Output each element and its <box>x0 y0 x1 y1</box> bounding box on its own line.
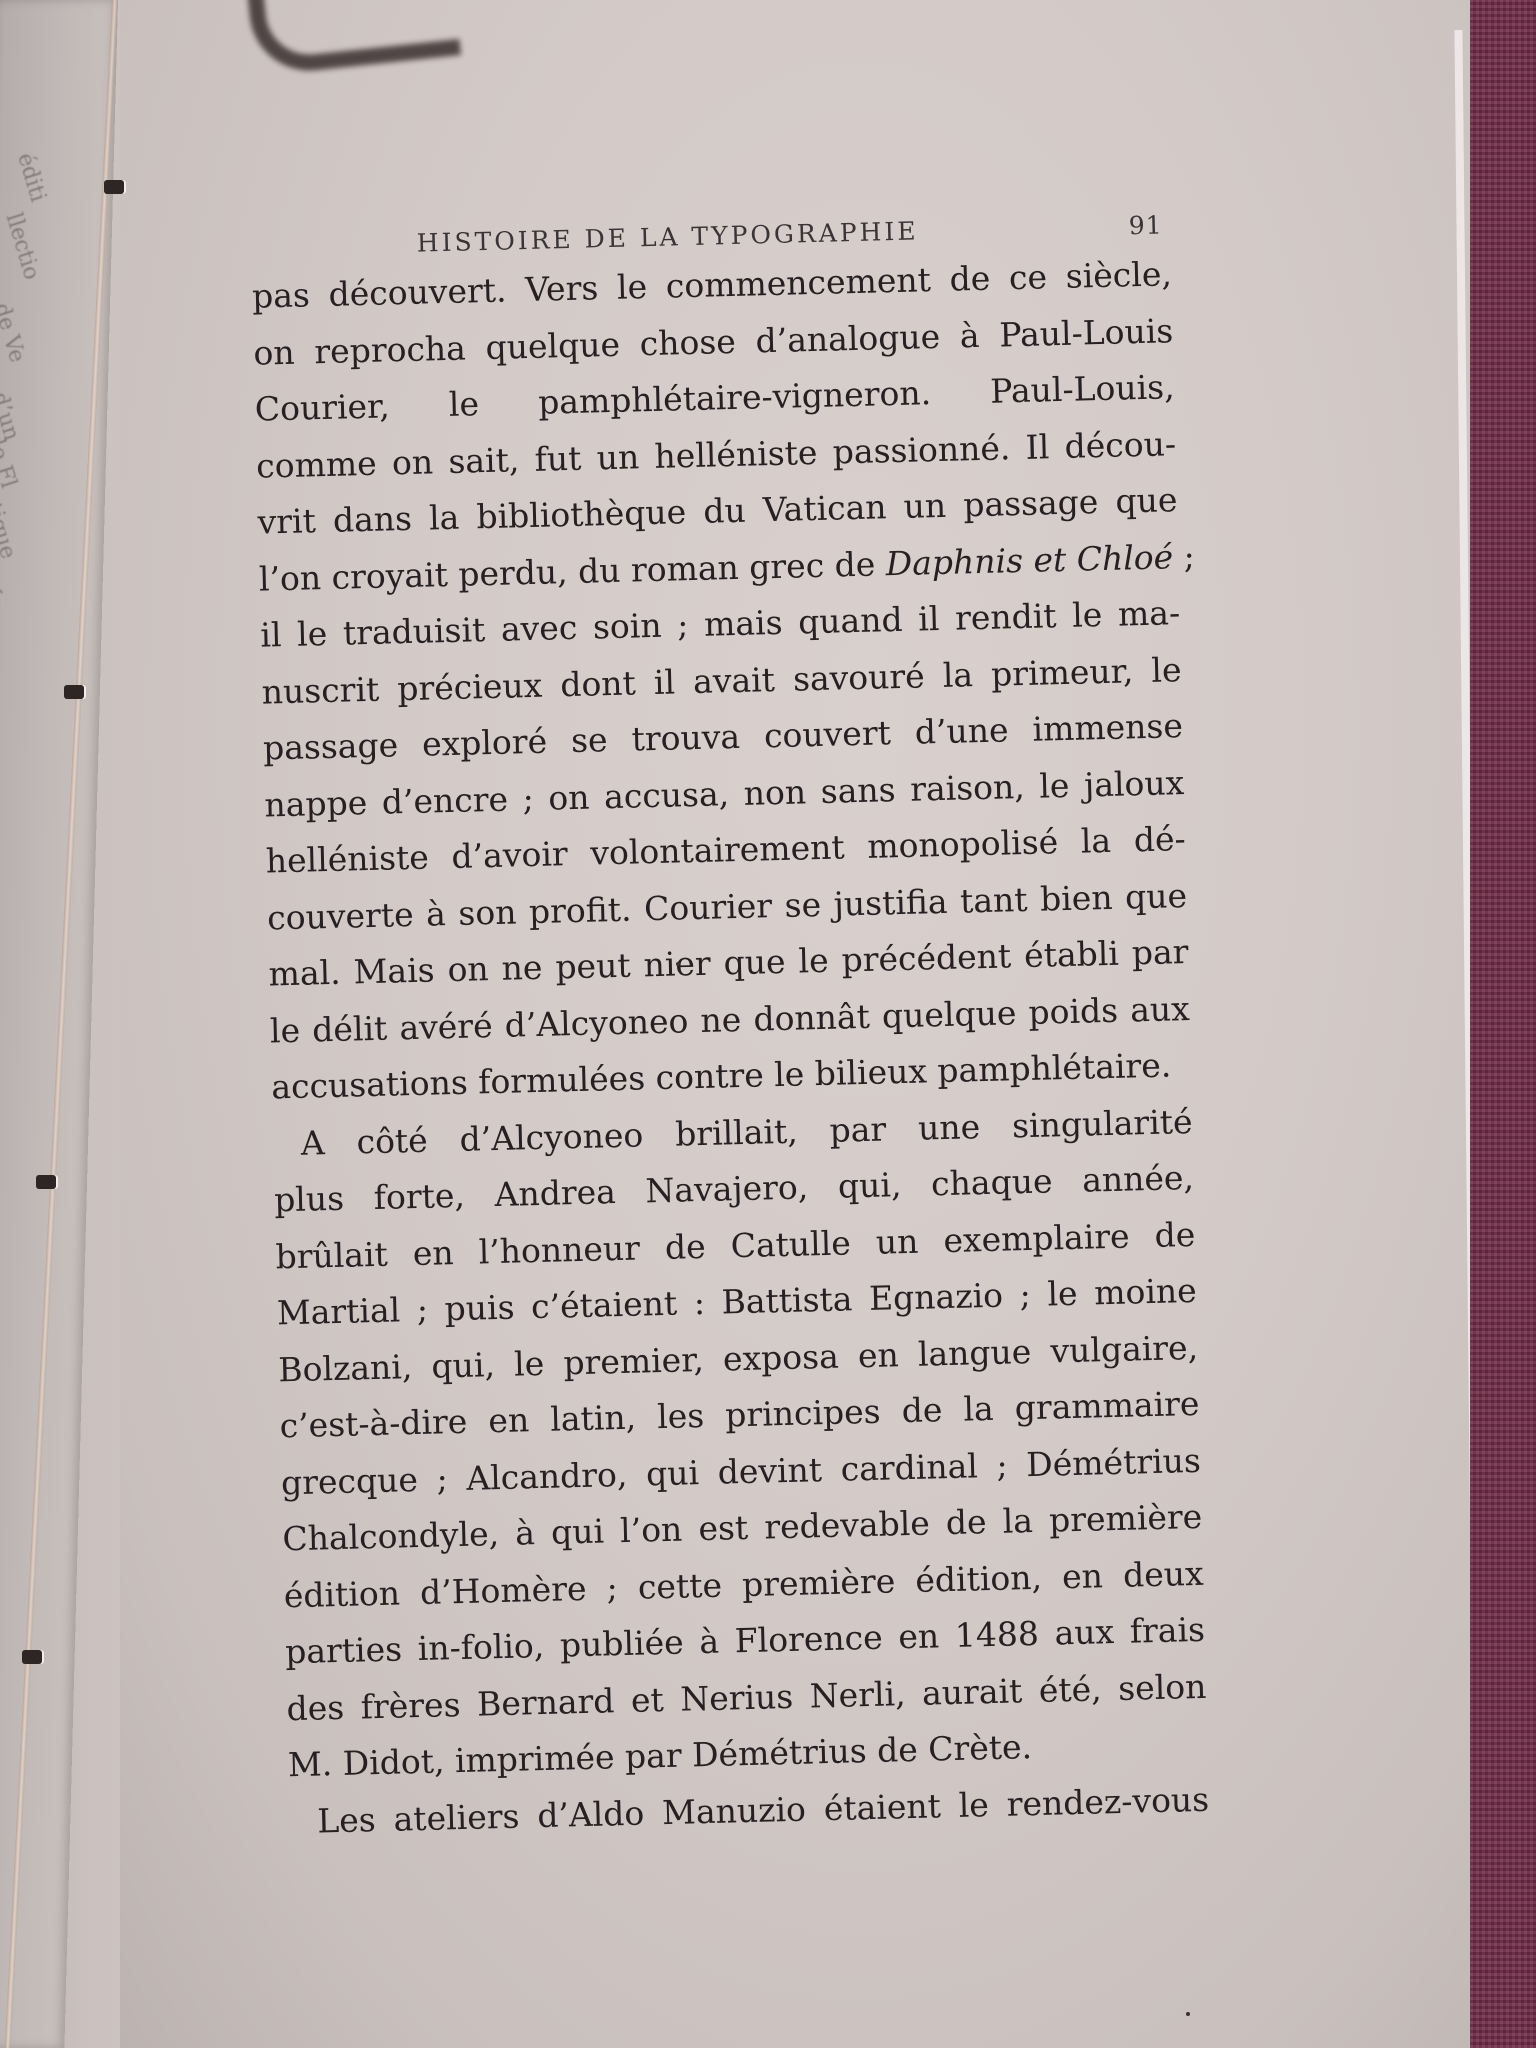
page-text-block: HISTOIRE DE LA TYPOGRAPHIE 91 pas découv… <box>200 200 1219 1851</box>
adjacent-fragment: s Ve <box>0 560 8 611</box>
adjacent-fragment: ourg <box>0 620 7 677</box>
text-line-start: l’on croyait perdu, du roman grec de <box>258 544 886 598</box>
binding-stitch <box>22 1650 42 1664</box>
ink-speck <box>676 962 680 966</box>
adjacent-fragment: éditi <box>12 150 50 205</box>
binding-stitch <box>36 1175 56 1189</box>
page-number: 91 <box>1128 210 1163 240</box>
adjacent-fragment: aque <box>0 690 3 749</box>
binding-stitch <box>104 180 124 194</box>
cloth-cover <box>1470 0 1536 2048</box>
adjacent-fragment: rtique <box>0 490 20 562</box>
adjacent-fragment: de Ve <box>0 300 29 366</box>
adjacent-fragment: llectio <box>1 210 44 283</box>
text-line-end: ; <box>1173 536 1196 576</box>
running-head-title: HISTOIRE DE LA TYPOGRAPHIE <box>416 216 918 257</box>
ink-speck <box>1186 2012 1190 2016</box>
binding-stitch <box>64 685 84 699</box>
italic-book-title: Daphnis et Chloé <box>885 537 1173 583</box>
